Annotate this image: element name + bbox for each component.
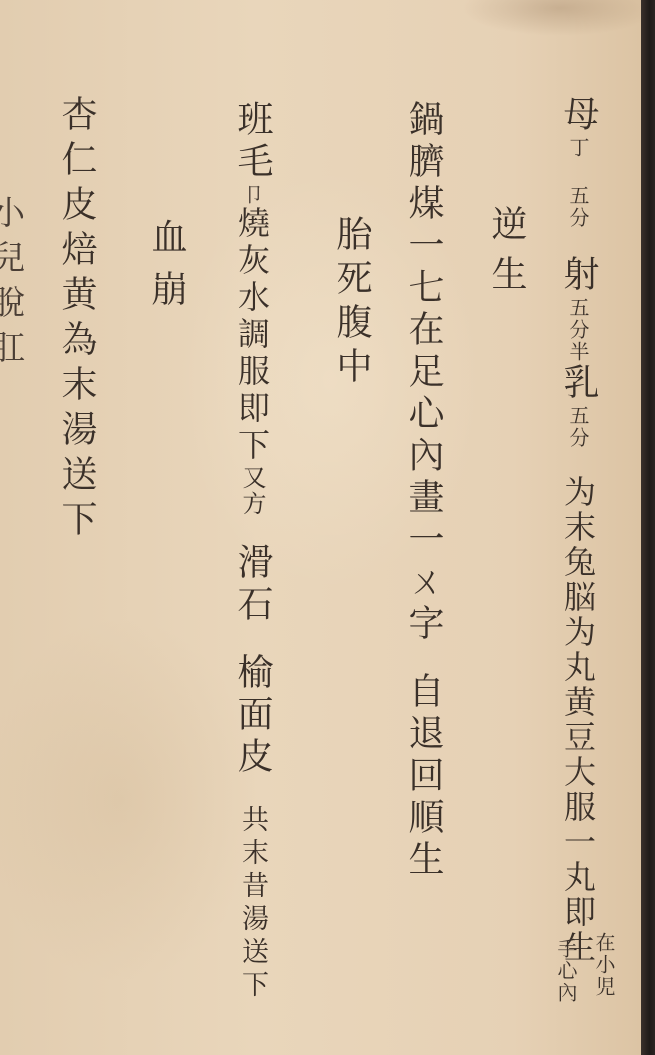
heading-ni-sheng: 逆生 — [488, 205, 524, 305]
col5-note: 卩 — [240, 184, 264, 206]
heading-xue-beng: 血崩 — [148, 218, 184, 322]
col5-text-1: 班毛 — [232, 100, 273, 184]
col1-note-1: 丁 五分 — [566, 137, 590, 229]
column-7: 杏仁皮焙黄為末湯送下 — [58, 95, 94, 545]
col5-text-3: 滑石 — [232, 543, 273, 627]
heading-tai-si-fu-zhong: 胎死腹中 — [333, 215, 369, 391]
column-1-annotation-left: 手心內 — [556, 938, 576, 1004]
column-1: 母丁 五分射五分半乳五分为末兔脳为丸黄豆大服一丸即生 — [560, 95, 596, 965]
col3-text-2: 自退回順生 — [403, 672, 444, 882]
col3-text-1: 鍋臍煤一七在足心內畫一ㄨ字 — [403, 100, 444, 646]
column-1-annotation-right: 在小児 — [594, 932, 614, 998]
col5-text-2: 燒灰水調服即下 — [233, 206, 271, 465]
col1-char-ru: 乳 — [558, 363, 599, 405]
col5-text-4: 榆面皮 — [232, 653, 273, 779]
col1-main-text: 为末兔脳为丸黄豆大服一丸即生 — [559, 475, 597, 965]
col5-small-note: 又方 — [238, 465, 266, 517]
column-3: 鍋臍煤一七在足心內畫一ㄨ字自退回順生 — [405, 100, 441, 882]
page-binding-edge — [641, 0, 655, 1055]
col1-char-she: 射 — [558, 255, 599, 297]
col1-note-3: 五分 — [566, 405, 590, 449]
heading-xiao-er-tuo-gang: 小兒脫肛 — [0, 195, 23, 375]
col1-note-2: 五分半 — [566, 297, 590, 363]
col1-char-mother: 母 — [558, 95, 599, 137]
column-5: 班毛卩燒灰水調服即下又方滑石榆面皮共末昔湯送下 — [234, 100, 270, 1003]
col5-tail: 共末昔湯送下 — [237, 805, 268, 1003]
manuscript-page: 母丁 五分射五分半乳五分为末兔脳为丸黄豆大服一丸即生 在小児 手心內 逆生 鍋臍… — [0, 0, 642, 1055]
